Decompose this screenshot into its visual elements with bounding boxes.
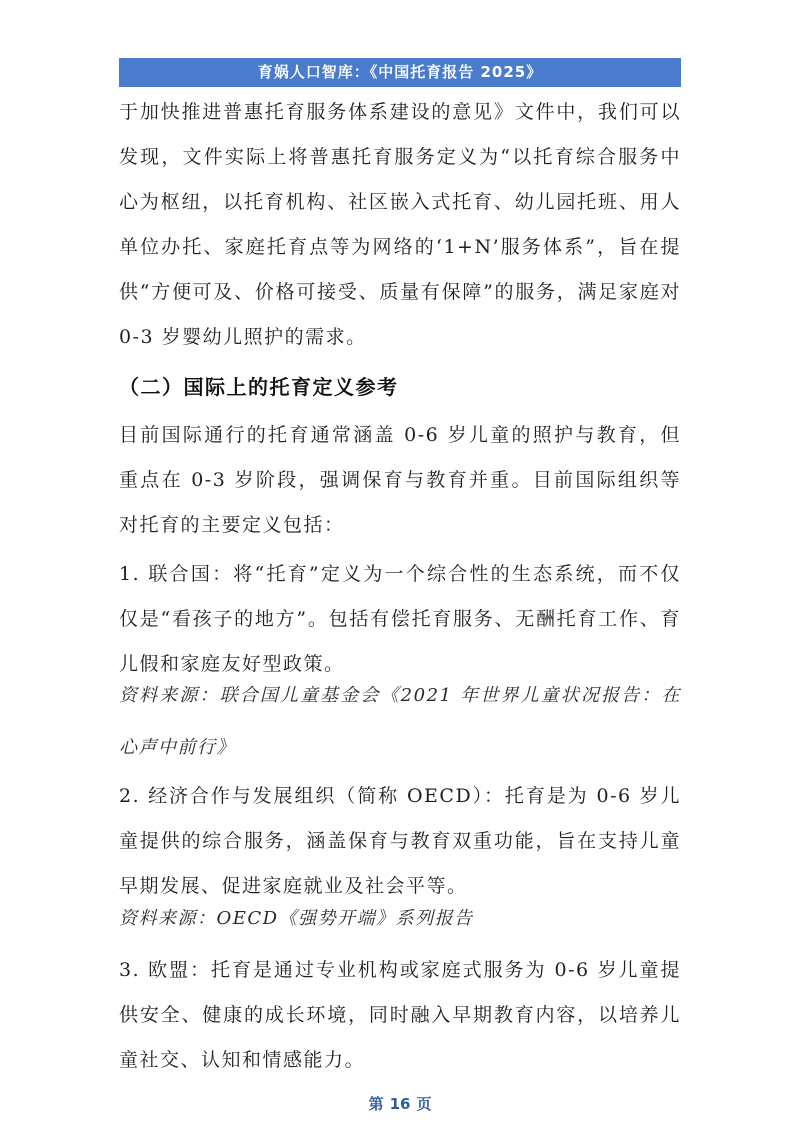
- page-number-suffix: 页: [413, 1095, 434, 1113]
- intro-paragraph: 目前国际通行的托育通常涵盖 0-6 岁儿童的照护与教育，但重点在 0-3 岁阶段…: [119, 413, 681, 548]
- report-header-title: 育娲人口智库：《中国托育报告 2025》: [258, 63, 542, 81]
- definition-item-oecd: 2. 经济合作与发展组织（简称 OECD）：托育是为 0-6 岁儿童提供的综合服…: [119, 774, 681, 909]
- page-footer: 第16页: [119, 1093, 681, 1115]
- definition-item-eu: 3. 欧盟：托育是通过专业机构或家庭式服务为 0-6 岁儿童提供安全、健康的成长…: [119, 948, 681, 1083]
- document-page: 育娲人口智库：《中国托育报告 2025》 于加快推进普惠托育服务体系建设的意见》…: [0, 0, 800, 1131]
- page-number-prefix: 第: [366, 1095, 387, 1113]
- content-column: 育娲人口智库：《中国托育报告 2025》 于加快推进普惠托育服务体系建设的意见》…: [119, 58, 681, 1115]
- source-note-unicef: 资料来源：联合国儿童基金会《2021 年世界儿童状况报告：在心声中前行》: [119, 670, 681, 774]
- section-heading: （二）国际上的托育定义参考: [119, 369, 681, 405]
- definition-item-un: 1. 联合国：将“托育”定义为一个综合性的生态系统，而不仅仅是“看孩子的地方”。…: [119, 552, 681, 687]
- continued-paragraph: 于加快推进普惠托育服务体系建设的意见》文件中，我们可以发现，文件实际上将普惠托育…: [119, 90, 681, 360]
- report-header-bar: 育娲人口智库：《中国托育报告 2025》: [119, 58, 681, 87]
- page-number: 16: [387, 1095, 414, 1113]
- source-note-oecd: 资料来源：OECD《强势开端》系列报告: [119, 893, 681, 945]
